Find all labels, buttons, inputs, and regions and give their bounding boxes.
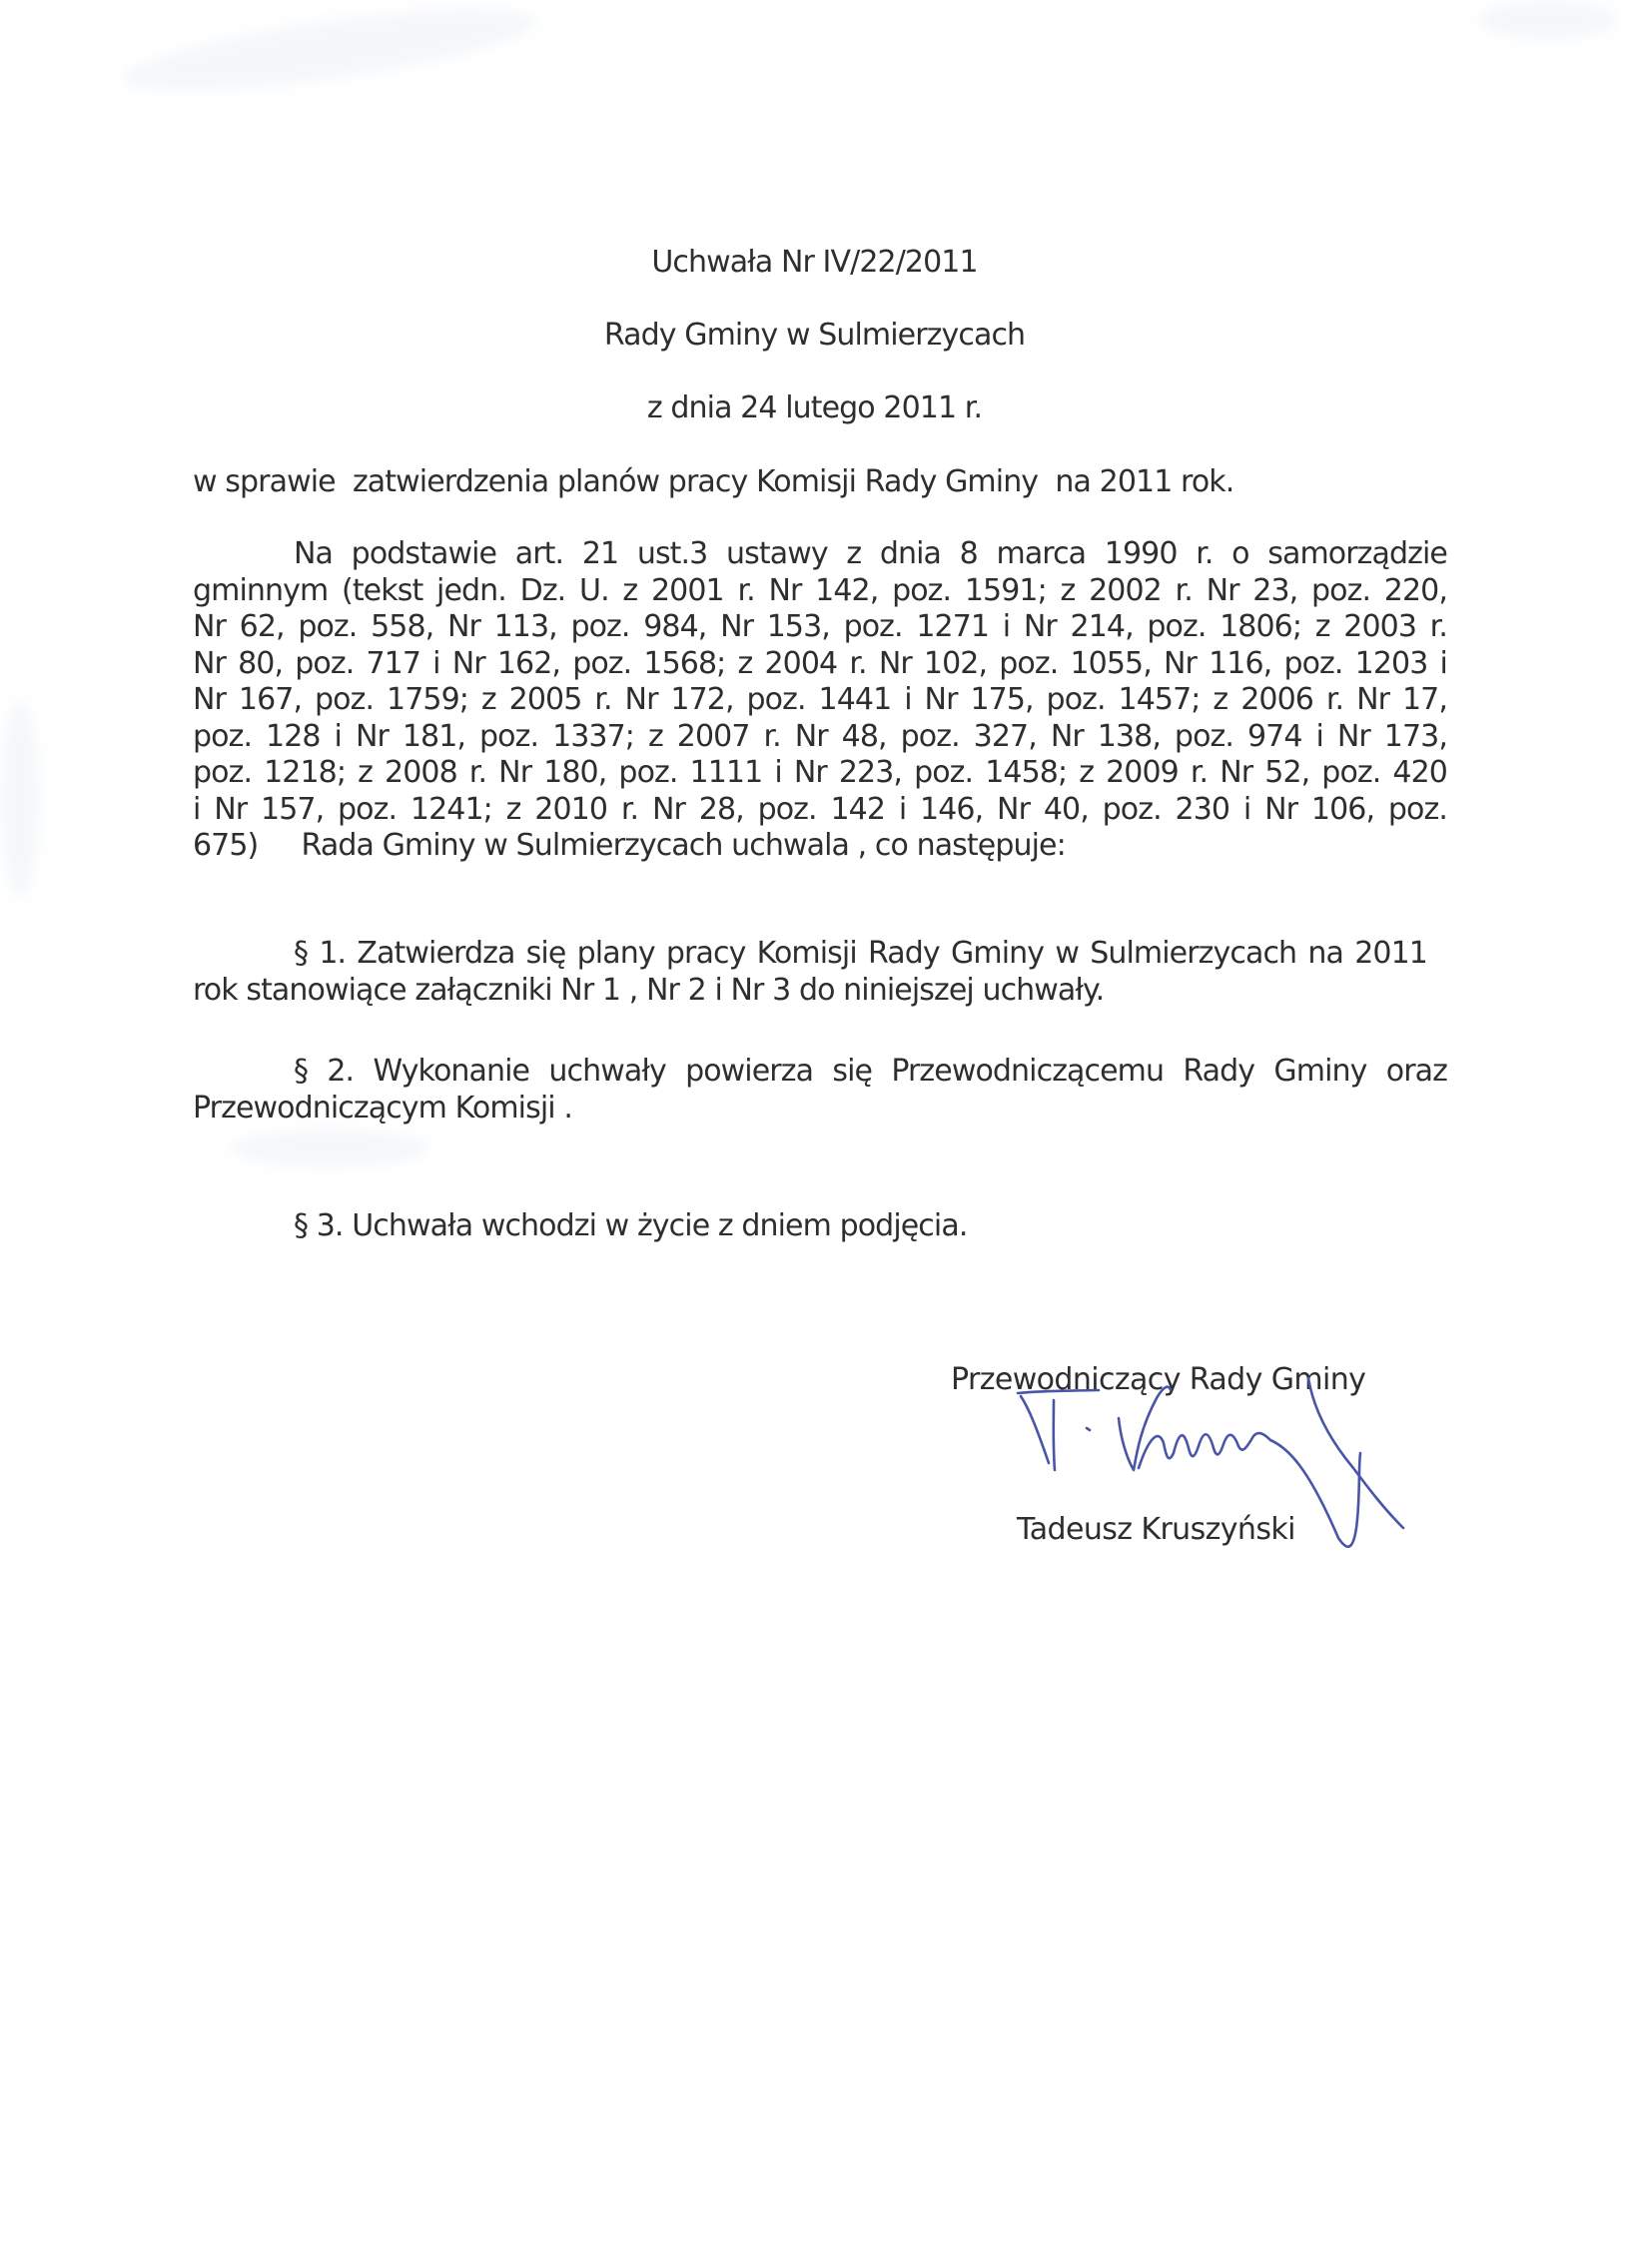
paragraph-3: § 3. Uchwała wchodzi w życie z dniem pod… xyxy=(294,1208,967,1244)
scan-artifact xyxy=(1478,0,1618,40)
preamble-line: Nr 62, poz. 558, Nr 113, poz. 984, Nr 15… xyxy=(193,609,1447,646)
paragraph-1: § 1. Zatwierdza się plany pracy Komisji … xyxy=(193,936,1427,1009)
scan-artifact xyxy=(118,0,541,109)
signatory-name: Tadeusz Kruszyński xyxy=(1017,1512,1295,1548)
paragraph-line: rok stanowiące załączniki Nr 1 , Nr 2 i … xyxy=(193,973,1427,1010)
resolution-title: Uchwała Nr IV/22/2011 xyxy=(0,245,1629,281)
preamble-line: Nr 80, poz. 717 i Nr 162, poz. 1568; z 2… xyxy=(193,646,1447,683)
resolution-issuer: Rady Gminy w Sulmierzycach xyxy=(0,318,1629,354)
preamble-line: Na podstawie art. 21 ust.3 ustawy z dnia… xyxy=(193,536,1447,573)
paragraph-line: § 1. Zatwierdza się plany pracy Komisji … xyxy=(193,936,1427,973)
paragraph-line: Przewodniczącym Komisji . xyxy=(193,1091,1447,1128)
resolution-date: z dnia 24 lutego 2011 r. xyxy=(0,390,1629,426)
preamble-line: poz. 128 i Nr 181, poz. 1337; z 2007 r. … xyxy=(193,719,1447,756)
resolution-subject: w sprawie zatwierdzenia planów pracy Kom… xyxy=(193,464,1233,500)
preamble-line: 675) Rada Gminy w Sulmierzycach uchwala … xyxy=(193,828,1447,865)
paragraph-line: § 2. Wykonanie uchwały powierza się Prze… xyxy=(193,1054,1447,1091)
preamble-line: Nr 167, poz. 1759; z 2005 r. Nr 172, poz… xyxy=(193,682,1447,719)
scan-artifact xyxy=(0,699,40,899)
preamble-line: i Nr 157, poz. 1241; z 2010 r. Nr 28, po… xyxy=(193,792,1447,829)
paragraph-2: § 2. Wykonanie uchwały powierza się Prze… xyxy=(193,1054,1447,1127)
preamble-line: poz. 1218; z 2008 r. Nr 180, poz. 1111 i… xyxy=(193,755,1447,792)
scan-artifact xyxy=(230,1129,429,1168)
preamble-line: gminnym (tekst jedn. Dz. U. z 2001 r. Nr… xyxy=(193,573,1447,610)
document-page: Uchwała Nr IV/22/2011 Rady Gminy w Sulmi… xyxy=(0,0,1629,2268)
preamble: Na podstawie art. 21 ust.3 ustawy z dnia… xyxy=(193,536,1447,865)
